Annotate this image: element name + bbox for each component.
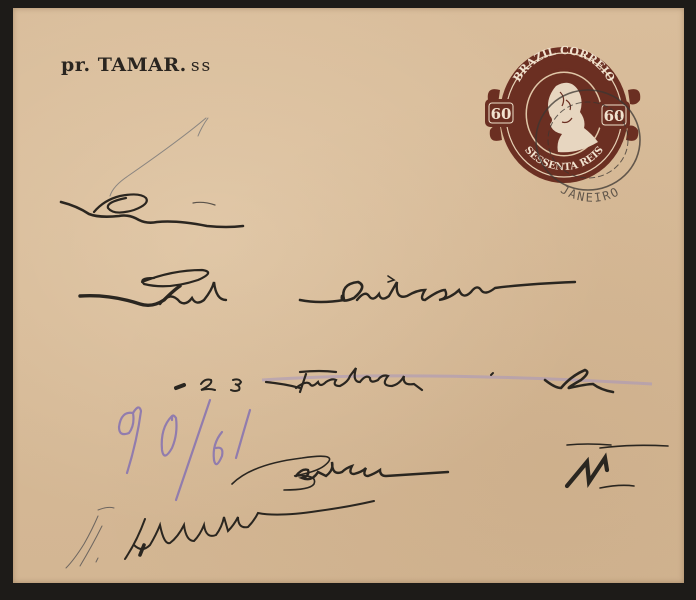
stamp-value-left: 60 [491,105,512,123]
violet-annotation [119,400,250,500]
postmark-text: JANEIRO [558,182,622,205]
recipient-city-handwriting [232,444,668,490]
stamp-value-right: 60 [604,107,625,125]
stamp-indicium: 60 60 BRAZIL CORREIO SESSENTA REIS [485,44,640,183]
recipient-name-handwriting [80,270,575,305]
signature-handwriting [66,501,374,568]
salutation-handwriting [61,118,243,227]
envelope-artwork: 60 60 BRAZIL CORREIO SESSENTA REIS JANEI… [0,0,696,600]
svg-text:JANEIRO: JANEIRO [558,182,622,205]
